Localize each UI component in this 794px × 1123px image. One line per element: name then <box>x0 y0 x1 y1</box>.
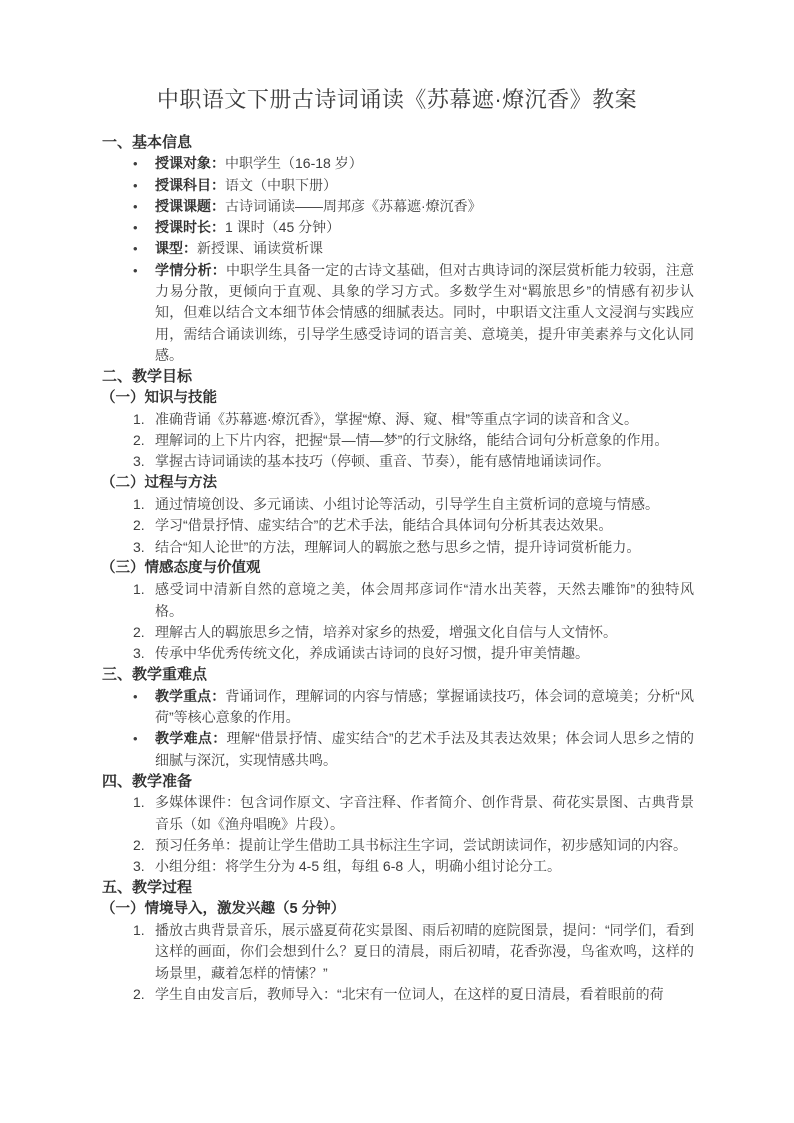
bullet-list: •授课对象：中职学生（16-18 岁）•授课科目：语文（中职下册）•授课课题：古… <box>100 153 694 366</box>
item-number: 3. <box>133 537 145 558</box>
numbered-item: 3.掌握古诗词诵读的基本技巧（停顿、重音、节奏），能有感情地诵读词作。 <box>100 451 694 472</box>
section-heading: 一、基本信息 <box>102 132 694 153</box>
numbered-item: 2.预习任务单：提前让学生借助工具书标注生字词，尝试朗读词作，初步感知词的内容。 <box>100 835 694 856</box>
numbered-text: 学生自由发言后，教师导入：“北宋有一位词人，在这样的夏日清晨，看着眼前的荷 <box>155 986 664 1002</box>
numbered-text: 小组分组：将学生分为 4-5 组，每组 6-8 人，明确小组讨论分工。 <box>155 858 561 874</box>
bullet-text: 语文（中职下册） <box>225 177 337 193</box>
item-number: 2. <box>133 835 145 856</box>
bullet-label: 授课时长： <box>155 219 225 235</box>
section-heading: 四、教学准备 <box>102 771 694 792</box>
bullet-icon: • <box>133 238 138 259</box>
numbered-list: 1.感受词中清新自然的意境之美，体会周邦彦词作“清水出芙蓉，天然去雕饰”的独特风… <box>100 579 694 664</box>
bullet-text: 中职学生具备一定的古诗文基础，但对古典诗词的深层赏析能力较弱，注意力易分散，更倾… <box>155 262 694 363</box>
item-number: 1. <box>133 579 145 600</box>
numbered-list: 1.多媒体课件：包含词作原文、字音注释、作者简介、创作背景、荷花实景图、古典背景… <box>100 792 694 877</box>
numbered-item: 2.理解古人的羁旅思乡之情，培养对家乡的热爱，增强文化自信与人文情怀。 <box>100 622 694 643</box>
numbered-item: 1.准确背诵《苏幕遮·燎沉香》，掌握“燎、溽、窥、楫”等重点字词的读音和含义。 <box>100 409 694 430</box>
bullet-item: •教学重点：背诵词作，理解词的内容与情感；掌握诵读技巧，体会词的意境美；分析“风… <box>100 686 694 729</box>
numbered-item: 2.学习“借景抒情、虚实结合”的艺术手法，能结合具体词句分析其表达效果。 <box>100 515 694 536</box>
numbered-item: 1.通过情境创设、多元诵读、小组讨论等活动，引导学生自主赏析词的意境与情感。 <box>100 494 694 515</box>
bullet-icon: • <box>133 686 138 707</box>
numbered-item: 1.播放古典背景音乐，展示盛夏荷花实景图、雨后初晴的庭院图景，提问：“同学们，看… <box>100 920 694 984</box>
section-heading: 三、教学重难点 <box>102 664 694 685</box>
item-number: 3. <box>133 856 145 877</box>
subsection-heading: （二）过程与方法 <box>101 473 694 494</box>
item-number: 3. <box>133 451 145 472</box>
numbered-list: 1.播放古典背景音乐，展示盛夏荷花实景图、雨后初晴的庭院图景，提问：“同学们，看… <box>100 920 694 1005</box>
bullet-text: 理解“借景抒情、虚实结合”的艺术手法及其表达效果；体会词人思乡之情的细腻与深沉，… <box>155 730 694 767</box>
bullet-list: •教学重点：背诵词作，理解词的内容与情感；掌握诵读技巧，体会词的意境美；分析“风… <box>100 686 694 771</box>
item-number: 2. <box>133 430 145 451</box>
bullet-icon: • <box>133 260 138 281</box>
bullet-text: 1 课时（45 分钟） <box>225 219 340 235</box>
item-number: 2. <box>133 515 145 536</box>
numbered-text: 通过情境创设、多元诵读、小组讨论等活动，引导学生自主赏析词的意境与情感。 <box>155 496 659 512</box>
bullet-label: 学情分析： <box>155 262 226 278</box>
bullet-icon: • <box>133 175 138 196</box>
numbered-text: 掌握古诗词诵读的基本技巧（停顿、重音、节奏），能有感情地诵读词作。 <box>155 453 610 469</box>
numbered-text: 感受词中清新自然的意境之美，体会周邦彦词作“清水出芙蓉，天然去雕饰”的独特风格。 <box>155 581 694 618</box>
bullet-label: 授课科目： <box>155 177 225 193</box>
numbered-text: 多媒体课件：包含词作原文、字音注释、作者简介、创作背景、荷花实景图、古典背景音乐… <box>155 794 694 831</box>
bullet-item: •教学难点：理解“借景抒情、虚实结合”的艺术手法及其表达效果；体会词人思乡之情的… <box>100 728 694 771</box>
bullet-item: •授课科目：语文（中职下册） <box>100 175 694 196</box>
numbered-item: 3.结合“知人论世”的方法，理解词人的羁旅之愁与思乡之情，提升诗词赏析能力。 <box>100 537 694 558</box>
bullet-text: 背诵词作，理解词的内容与情感；掌握诵读技巧，体会词的意境美；分析“风荷”等核心意… <box>155 688 694 725</box>
document-title: 中职语文下册古诗词诵读《苏幕遮·燎沉香》教案 <box>100 84 694 116</box>
document-body: 一、基本信息•授课对象：中职学生（16-18 岁）•授课科目：语文（中职下册）•… <box>100 132 694 1005</box>
numbered-text: 传承中华优秀传统文化，养成诵读古诗词的良好习惯，提升审美情趣。 <box>155 645 589 661</box>
numbered-text: 准确背诵《苏幕遮·燎沉香》，掌握“燎、溽、窥、楫”等重点字词的读音和含义。 <box>155 411 638 427</box>
numbered-text: 理解词的上下片内容，把握“景—情—梦”的行文脉络，能结合词句分析意象的作用。 <box>155 432 668 448</box>
numbered-text: 预习任务单：提前让学生借助工具书标注生字词，尝试朗读词作，初步感知词的内容。 <box>155 837 687 853</box>
section-heading: 二、教学目标 <box>102 366 694 387</box>
bullet-item: •授课时长：1 课时（45 分钟） <box>100 217 694 238</box>
bullet-icon: • <box>133 728 138 749</box>
bullet-text: 新授课、诵读赏析课 <box>197 240 323 256</box>
numbered-text: 结合“知人论世”的方法，理解词人的羁旅之愁与思乡之情，提升诗词赏析能力。 <box>155 539 640 555</box>
bullet-label: 授课对象： <box>155 155 225 171</box>
numbered-text: 理解古人的羁旅思乡之情，培养对家乡的热爱，增强文化自信与人文情怀。 <box>155 624 617 640</box>
bullet-item: •授课对象：中职学生（16-18 岁） <box>100 153 694 174</box>
bullet-icon: • <box>133 217 138 238</box>
numbered-item: 1.感受词中清新自然的意境之美，体会周邦彦词作“清水出芙蓉，天然去雕饰”的独特风… <box>100 579 694 622</box>
section-heading: 五、教学过程 <box>102 877 694 898</box>
bullet-label: 课型： <box>155 240 197 256</box>
numbered-item: 3.传承中华优秀传统文化，养成诵读古诗词的良好习惯，提升审美情趣。 <box>100 643 694 664</box>
bullet-icon: • <box>133 196 138 217</box>
bullet-label: 授课课题： <box>155 198 225 214</box>
bullet-item: •学情分析：中职学生具备一定的古诗文基础，但对古典诗词的深层赏析能力较弱，注意力… <box>100 260 694 366</box>
item-number: 2. <box>133 984 145 1005</box>
bullet-label: 教学难点： <box>155 730 227 746</box>
numbered-item: 2.学生自由发言后，教师导入：“北宋有一位词人，在这样的夏日清晨，看着眼前的荷 <box>100 984 694 1005</box>
numbered-list: 1.准确背诵《苏幕遮·燎沉香》，掌握“燎、溽、窥、楫”等重点字词的读音和含义。2… <box>100 409 694 473</box>
item-number: 1. <box>133 494 145 515</box>
numbered-list: 1.通过情境创设、多元诵读、小组讨论等活动，引导学生自主赏析词的意境与情感。2.… <box>100 494 694 558</box>
bullet-item: •授课课题：古诗词诵读——周邦彦《苏幕遮·燎沉香》 <box>100 196 694 217</box>
item-number: 2. <box>133 622 145 643</box>
subsection-heading: （三）情感态度与价值观 <box>101 558 694 579</box>
numbered-item: 1.多媒体课件：包含词作原文、字音注释、作者简介、创作背景、荷花实景图、古典背景… <box>100 792 694 835</box>
bullet-item: •课型：新授课、诵读赏析课 <box>100 238 694 259</box>
bullet-text: 中职学生（16-18 岁） <box>225 155 363 171</box>
bullet-icon: • <box>133 153 138 174</box>
item-number: 3. <box>133 643 145 664</box>
numbered-item: 2.理解词的上下片内容，把握“景—情—梦”的行文脉络，能结合词句分析意象的作用。 <box>100 430 694 451</box>
document-page: 中职语文下册古诗词诵读《苏幕遮·燎沉香》教案 一、基本信息•授课对象：中职学生（… <box>0 0 794 1123</box>
subsection-heading: （一）知识与技能 <box>101 388 694 409</box>
item-number: 1. <box>133 920 145 941</box>
numbered-text: 播放古典背景音乐，展示盛夏荷花实景图、雨后初晴的庭院图景，提问：“同学们，看到这… <box>155 922 694 981</box>
item-number: 1. <box>133 409 145 430</box>
subsection-heading: （一）情境导入，激发兴趣（5 分钟） <box>101 899 694 920</box>
numbered-item: 3.小组分组：将学生分为 4-5 组，每组 6-8 人，明确小组讨论分工。 <box>100 856 694 877</box>
numbered-text: 学习“借景抒情、虚实结合”的艺术手法，能结合具体词句分析其表达效果。 <box>155 517 612 533</box>
bullet-label: 教学重点： <box>155 688 225 704</box>
item-number: 1. <box>133 792 145 813</box>
bullet-text: 古诗词诵读——周邦彦《苏幕遮·燎沉香》 <box>225 198 482 214</box>
